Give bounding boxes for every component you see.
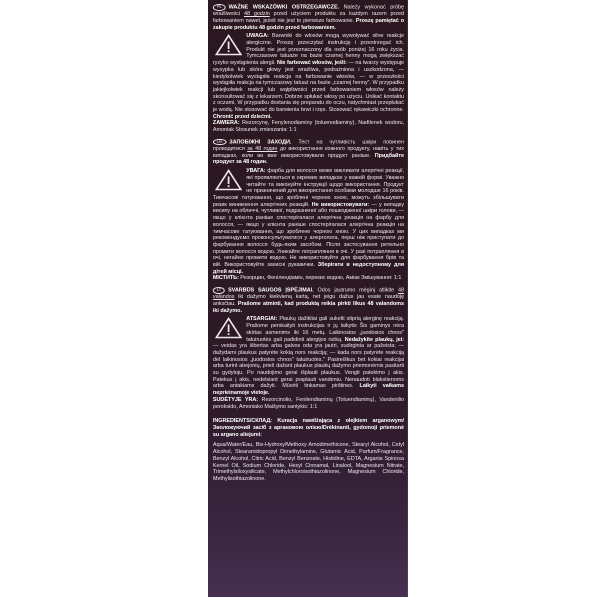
section-pl: PLWAŻNE WSKAZÓWKI OSTRZEGAWCZE. Należy w… [213, 4, 404, 134]
intro-text: Odos jautrumo mėginį atlikite [314, 288, 398, 294]
underlined-text: 48 godzin [244, 11, 270, 17]
language-badge-lt: LT [213, 287, 225, 294]
bold-text: Chronić przed dziećmi. [213, 114, 272, 120]
warning-text: — na twarzy występuje wysypka lub skóra … [213, 60, 404, 113]
warning-block: UWAGA: Barwniki do włosów mogą wywoływać… [213, 33, 404, 120]
product-label-panel: PLWAŻNE WSKAZÓWKI OSTRZEGAWCZE. Należy w… [208, 0, 408, 597]
section-heading: SVARBŪS SAUGOS ĮSPĖJIMAI. [228, 288, 314, 294]
warning-triangle-icon [215, 169, 242, 191]
warning-triangle-icon [215, 34, 242, 56]
bold-text: Nie farbować włosów, jeśli: [277, 60, 347, 66]
section-ingredients: INGREDIENTS/СКЛАД: Kuracja nawilżająca z… [213, 418, 404, 482]
bold-text: Nedažykite plaukų, jei: [345, 337, 404, 343]
section-lt: LTSVARBŪS SAUGOS ĮSPĖJIMAI. Odos jautrum… [213, 287, 404, 410]
underlined-text: за 48 годин [247, 146, 277, 152]
language-badge-ua: UA [213, 139, 226, 146]
contains-text: Rezorcynę, Fenylenodiaminy (toluenodiami… [213, 120, 404, 133]
bold-text: Prašome atminti, kad produktą reikia pir… [213, 301, 404, 314]
section-heading: ЗАПОБІЖНІ ЗАХОДИ. [229, 139, 291, 145]
warning-heading: ATSARGIAI: [246, 316, 277, 322]
section-heading: WAŻNE WSKAZÓWKI OSTRZEGAWCZE. [229, 5, 339, 11]
warning-heading: UWAGA: [246, 33, 269, 39]
ingredients-list: Aqua/Water/Eau, Bis-Hydroxy/Methoxy Amod… [213, 442, 404, 482]
contains-text: Резорцин, Фенілендіамін, перекис водню, … [239, 275, 402, 281]
ingredients-heading: INGREDIENTS/СКЛАД: [213, 418, 272, 424]
warning-block: ATSARGIAI: Plaukų dažikliai gali sukelti… [213, 316, 404, 396]
bold-text: Не використовувати: [312, 202, 369, 208]
contains-heading: SUDĖTYJE YRA: [213, 397, 258, 403]
section-ua: UAЗАПОБІЖНІ ЗАХОДИ. Тест на чутливість ш… [213, 139, 404, 282]
warning-heading: УВАГА: [246, 168, 265, 174]
warning-triangle-icon [215, 317, 242, 339]
contains-heading: МІСТИТЬ: [213, 275, 239, 281]
warning-block: УВАГА: фарба для волосся може викликати … [213, 168, 404, 275]
warning-text: — у випадку висипу на обличчі, чутливої,… [213, 202, 404, 268]
language-badge-pl: PL [213, 4, 226, 11]
contains-heading: ZAWIERA: [213, 120, 240, 126]
